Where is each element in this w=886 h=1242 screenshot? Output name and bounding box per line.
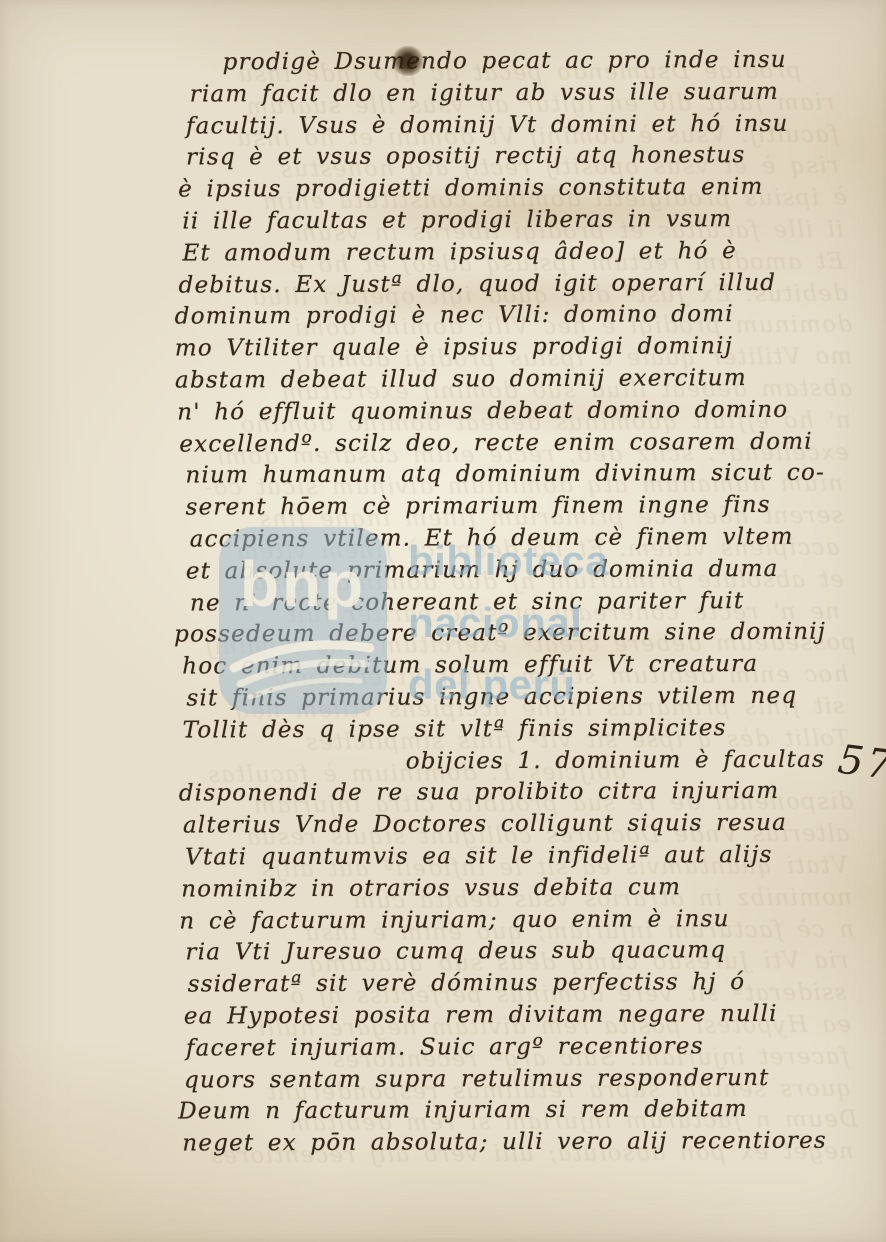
manuscript-line: alterius Vnde Doctores colligunt siquis … bbox=[171, 808, 883, 843]
manuscript-scan: prodigè Dsumendo pecat ac pro inde insur… bbox=[0, 0, 886, 1242]
manuscript-line: Et amodum rectum ipsiusq âdeo] et hó è bbox=[168, 235, 880, 270]
manuscript-line: nominibz in otrarios vsus debita cum bbox=[171, 871, 883, 906]
manuscript-line: mo Vtiliter quale è ipsius prodigi domin… bbox=[169, 331, 881, 366]
manuscript-line: accipiens vtilem. Et hó deum cè finem vl… bbox=[170, 521, 882, 556]
folio-number: 57 bbox=[835, 737, 886, 790]
manuscript-line: neget ex pōn absoluta; ulli vero alij re… bbox=[172, 1126, 884, 1161]
manuscript-line: risq è et vsus opositij rectij atq hones… bbox=[168, 140, 880, 175]
manuscript-line: serent hōem cè primarium finem ingne fin… bbox=[170, 490, 882, 525]
manuscript-line: Deum n facturum injuriam si rem debitam bbox=[172, 1094, 884, 1129]
manuscript-line: prodigè Dsumendo pecat ac pro inde insu bbox=[168, 44, 880, 79]
manuscript-line: abstam debeat illud suo dominij exercitu… bbox=[169, 362, 881, 397]
manuscript-line: Tollit dès q ipse sit vltª finis simplic… bbox=[170, 712, 882, 747]
manuscript-line: ea Hypotesi posita rem divitam negare nu… bbox=[172, 998, 884, 1033]
manuscript-line: disponendi de re sua prolibito citra inj… bbox=[171, 776, 883, 811]
manuscript-line: dominum prodigi è nec Vlli: domino domi bbox=[169, 299, 881, 334]
manuscript-line: facultij. Vsus è dominij Vt domini et hó… bbox=[168, 108, 880, 143]
manuscript-line: debitus. Ex Justª dlo, quod igit operarí… bbox=[169, 267, 881, 302]
manuscript-line: ii ille facultas et prodigi liberas in v… bbox=[168, 203, 880, 238]
manuscript-line: ssideratª sit verè dóminus perfectiss hj… bbox=[172, 967, 884, 1002]
ink-blot bbox=[391, 46, 425, 76]
manuscript-line: obijcies 1. dominium è facultas bbox=[171, 744, 883, 779]
manuscript-line: n cè facturum injuriam; quo enim è insu bbox=[171, 903, 883, 938]
manuscript-line: nium humanum atq dominium divinum sicut … bbox=[169, 458, 881, 493]
manuscript-line: Vtati quantumvis ea sit le infideliª aut… bbox=[171, 839, 883, 874]
manuscript-line: n' hó effluit quominus debeat domino dom… bbox=[169, 394, 881, 429]
manuscript-line: riam facit dlo en igitur ab vsus ille su… bbox=[168, 76, 880, 111]
manuscript-line: quors sentam supra retulimus responderun… bbox=[172, 1062, 884, 1097]
manuscript-line: ne n' recte cohereant et sinc pariter fu… bbox=[170, 585, 882, 620]
manuscript-line: hoc enim debitum solum effuit Vt creatur… bbox=[170, 649, 882, 684]
manuscript-line: ria Vti Juresuo cumq deus sub quacumq bbox=[171, 935, 883, 970]
manuscript-line: excellendº. scilz deo, recte enim cosare… bbox=[169, 426, 881, 461]
manuscript-line: faceret injuriam. Suic argº recentiores bbox=[172, 1030, 884, 1065]
manuscript-line: è ipsius prodigietti dominis constituta … bbox=[168, 172, 880, 207]
manuscript-line: possedeum debere creatº exercitum sine d… bbox=[170, 617, 882, 652]
handwritten-text-block: prodigè Dsumendo pecat ac pro inde insur… bbox=[168, 44, 885, 1160]
manuscript-line: et absolute primarium hj duo dominia dum… bbox=[170, 553, 882, 588]
manuscript-line: sit finis primarius ingne accipiens vtil… bbox=[170, 680, 882, 715]
